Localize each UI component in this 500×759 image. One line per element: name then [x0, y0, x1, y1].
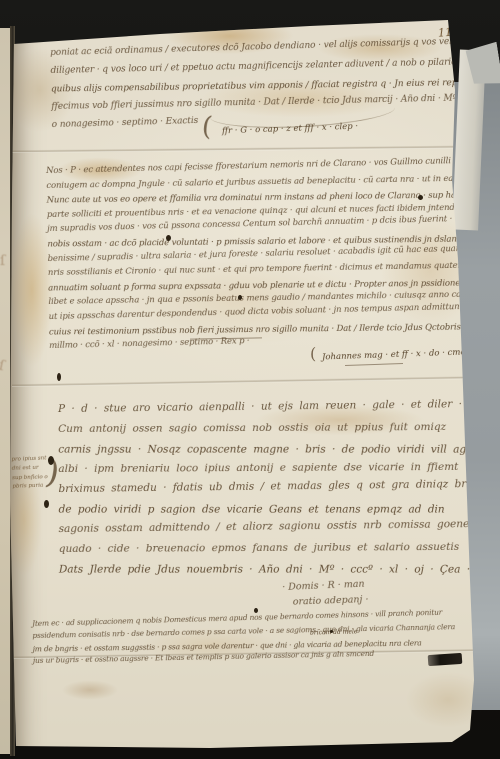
ink-blot: [57, 373, 61, 381]
script-line: Dats Jlerde pdie Jdus nouembris · Año dn…: [59, 559, 457, 579]
folio-number-old: 145: [421, 4, 445, 21]
script-line: quado · cide · breuenacio epmos fanans d…: [59, 537, 457, 559]
redaction-smudge: [428, 653, 463, 666]
entry-2-registration-note: Johannes mag · et ff · x · do · cme: [322, 347, 466, 362]
paper-seam: [12, 376, 478, 387]
bracket-open: (: [310, 344, 316, 363]
interlinear-insert: bricam dd mele: [310, 628, 358, 636]
entry-3-text: P · d · stue aro vicario aienpalli · ut …: [58, 397, 457, 579]
entry-4-text: Jtem ec · ad supplicacionem q nobis Dome…: [32, 609, 483, 668]
entry-2-text: Nos · P · ec attendentes nos capi feciss…: [46, 157, 475, 354]
ink-blot: [254, 608, 258, 613]
show-through-mark: ſ: [0, 253, 5, 269]
ink-blot: [238, 295, 242, 300]
ink-blot: [48, 456, 54, 465]
show-through-mark: ſ: [0, 358, 6, 375]
manuscript-page: 145 114 poniat ac eciã ordinamus / execu…: [10, 0, 488, 759]
script-line: Cum antonij ossen sagio comissa nob osst…: [58, 417, 456, 439]
bracket-open: (: [200, 112, 213, 143]
paper-seam: [12, 145, 478, 153]
script-line: sagonis osstam admittendo / et aliorz sa…: [59, 514, 457, 539]
script-line: briximus stamedu · fdatis ub dmis / et m…: [58, 474, 456, 499]
ink-blot: [330, 630, 333, 633]
script-line: P · d · stue aro vicario aienpalli · ut …: [58, 394, 456, 419]
ink-blot: [44, 500, 49, 508]
chancery-subscription: · Domis · R · man oratio adepanj ·: [282, 577, 369, 610]
ink-blot: [166, 235, 171, 241]
ink-underline: [345, 363, 403, 366]
photo-frame: ſ ſ 145 114 poniat ac eciã ordinamus / e…: [0, 0, 500, 759]
ink-blot: [418, 195, 423, 200]
script-line: oratio adepanj ·: [283, 592, 369, 610]
